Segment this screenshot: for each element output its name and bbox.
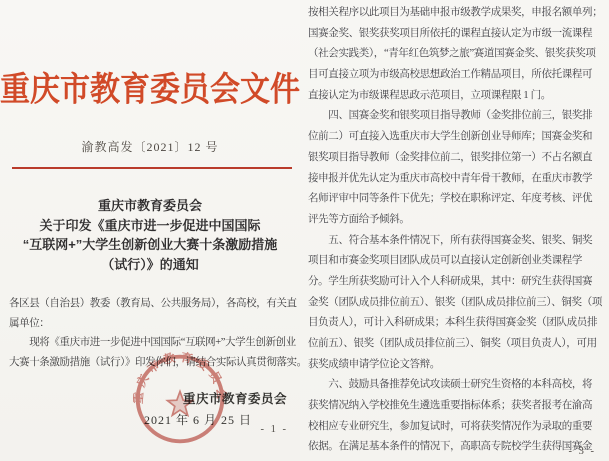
text-line: 各区县（自治县）教委（教育局、公共服务局），各高校，有关直 bbox=[9, 294, 294, 314]
salutation: 各区县（自治县）教委（教育局、公共服务局），各高校，有关直 属单位： bbox=[9, 294, 294, 333]
text-line: 获奖情况纳入学校推免生遴选重要指标体系；获奖者报考在渝高 bbox=[308, 396, 604, 417]
official-seal: 重庆市教育委员会 bbox=[133, 352, 227, 446]
text-line: 属单位： bbox=[9, 314, 294, 334]
text-line: 校相应专业研究生，参加复试时，可将获奖情况作为录取的重要 bbox=[308, 417, 604, 438]
text-line: 位前五）、银奖（团队成员排位前三）、铜奖（项目负责人），可用 bbox=[308, 334, 604, 355]
text-line: （社会实践类），“青年红色筑梦之旅”赛道国赛金奖、银奖获奖项 bbox=[308, 44, 604, 65]
text-line: 金奖（团队成员排位前五）、银奖（团队成员排位前三）、铜奖（项 bbox=[308, 293, 604, 314]
text-line: 评先等方面给予倾斜。 bbox=[308, 210, 604, 231]
page-number: - 1 - bbox=[261, 424, 289, 435]
text-line: 获奖成绩申请学位论文答辩。 bbox=[308, 355, 604, 376]
document-number: 渝教高发〔2021〕12 号 bbox=[0, 138, 300, 155]
text-line: 直接认定为市级课程思政示范项目，立项课程限 1 门。 bbox=[308, 86, 604, 107]
text-line: 四、国赛金奖和银奖项目指导教师（金奖排位前三，银奖排 bbox=[308, 106, 604, 127]
notice-title: 重庆市教育委员会 关于印发《重庆市进一步促进中国国际 “互联网+”大学生创新创业… bbox=[6, 196, 294, 274]
page-number: - 3 - bbox=[569, 446, 597, 457]
text-line: 银奖项目指导教师（金奖排位前二，银奖排位第一）不占名额直 bbox=[308, 148, 604, 169]
text-line: 名师评审中同等条件下优先；学校在职称评定、年度考核、评优 bbox=[308, 189, 604, 210]
document-page-1: 重庆市教育委员会文件 渝教高发〔2021〕12 号 重庆市教育委员会 关于印发《… bbox=[0, 0, 300, 461]
notice-title-line: “互联网+”大学生创新创业大赛十条激励措施 bbox=[6, 235, 294, 255]
page-3-body: 按相关程序以此项目为基础申报市级教学成果奖，申报名额单列； 国赛金奖、银奖获奖项… bbox=[308, 3, 604, 458]
text-line: 六、鼓励具备推荐免试攻读硕士研究生资格的本科高校，将 bbox=[308, 375, 604, 396]
red-header-rule bbox=[12, 167, 292, 169]
letterhead-title: 重庆市教育委员会文件 bbox=[0, 61, 300, 110]
document-page-3: 按相关程序以此项目为基础申报市级教学成果奖，申报名额单列； 国赛金奖、银奖获奖项… bbox=[300, 0, 609, 461]
text-line: 按相关程序以此项目为基础申报市级教学成果奖，申报名额单列； bbox=[308, 3, 604, 24]
text-line: 接申报并优先认定为重庆市高校中青年骨干教师，在重庆市教学 bbox=[308, 169, 604, 190]
notice-title-line: （试行）》的通知 bbox=[6, 255, 294, 275]
text-line: 目负责人），可计入科研成果；本科生获得国赛金奖（团队成员排 bbox=[308, 313, 604, 334]
text-line: 项目和市赛金奖项目团队成员可以直接认定创新创业类课程学 bbox=[308, 251, 604, 272]
text-line: 国赛金奖、银奖获奖项目所依托的课程直接认定为市级一流课程 bbox=[308, 24, 604, 45]
notice-title-line: 重庆市教育委员会 bbox=[6, 196, 294, 216]
seal-star-icon bbox=[167, 391, 192, 415]
notice-title-line: 关于印发《重庆市进一步促进中国国际 bbox=[6, 216, 294, 236]
text-line: 现将《重庆市进一步促进中国国际“互联网+”大学生创新创业 bbox=[9, 333, 294, 353]
text-line: 目可直接立项为市级高校思想政治工作精品项目，所依托课程可 bbox=[308, 65, 604, 86]
text-line: 分。学生所获奖励可计入个人科研成果，其中：研究生获得国赛 bbox=[308, 272, 604, 293]
text-line: 五、符合基本条件情况下，所有获得国赛金奖、银奖、铜奖 bbox=[308, 231, 604, 252]
text-line: 位前二）可直接入选重庆市大学生创新创业导师库；国赛金奖和 bbox=[308, 127, 604, 148]
text-line: 依据。在满足基本条件的情况下，高职高专院校学生获得国赛金 bbox=[308, 437, 604, 458]
